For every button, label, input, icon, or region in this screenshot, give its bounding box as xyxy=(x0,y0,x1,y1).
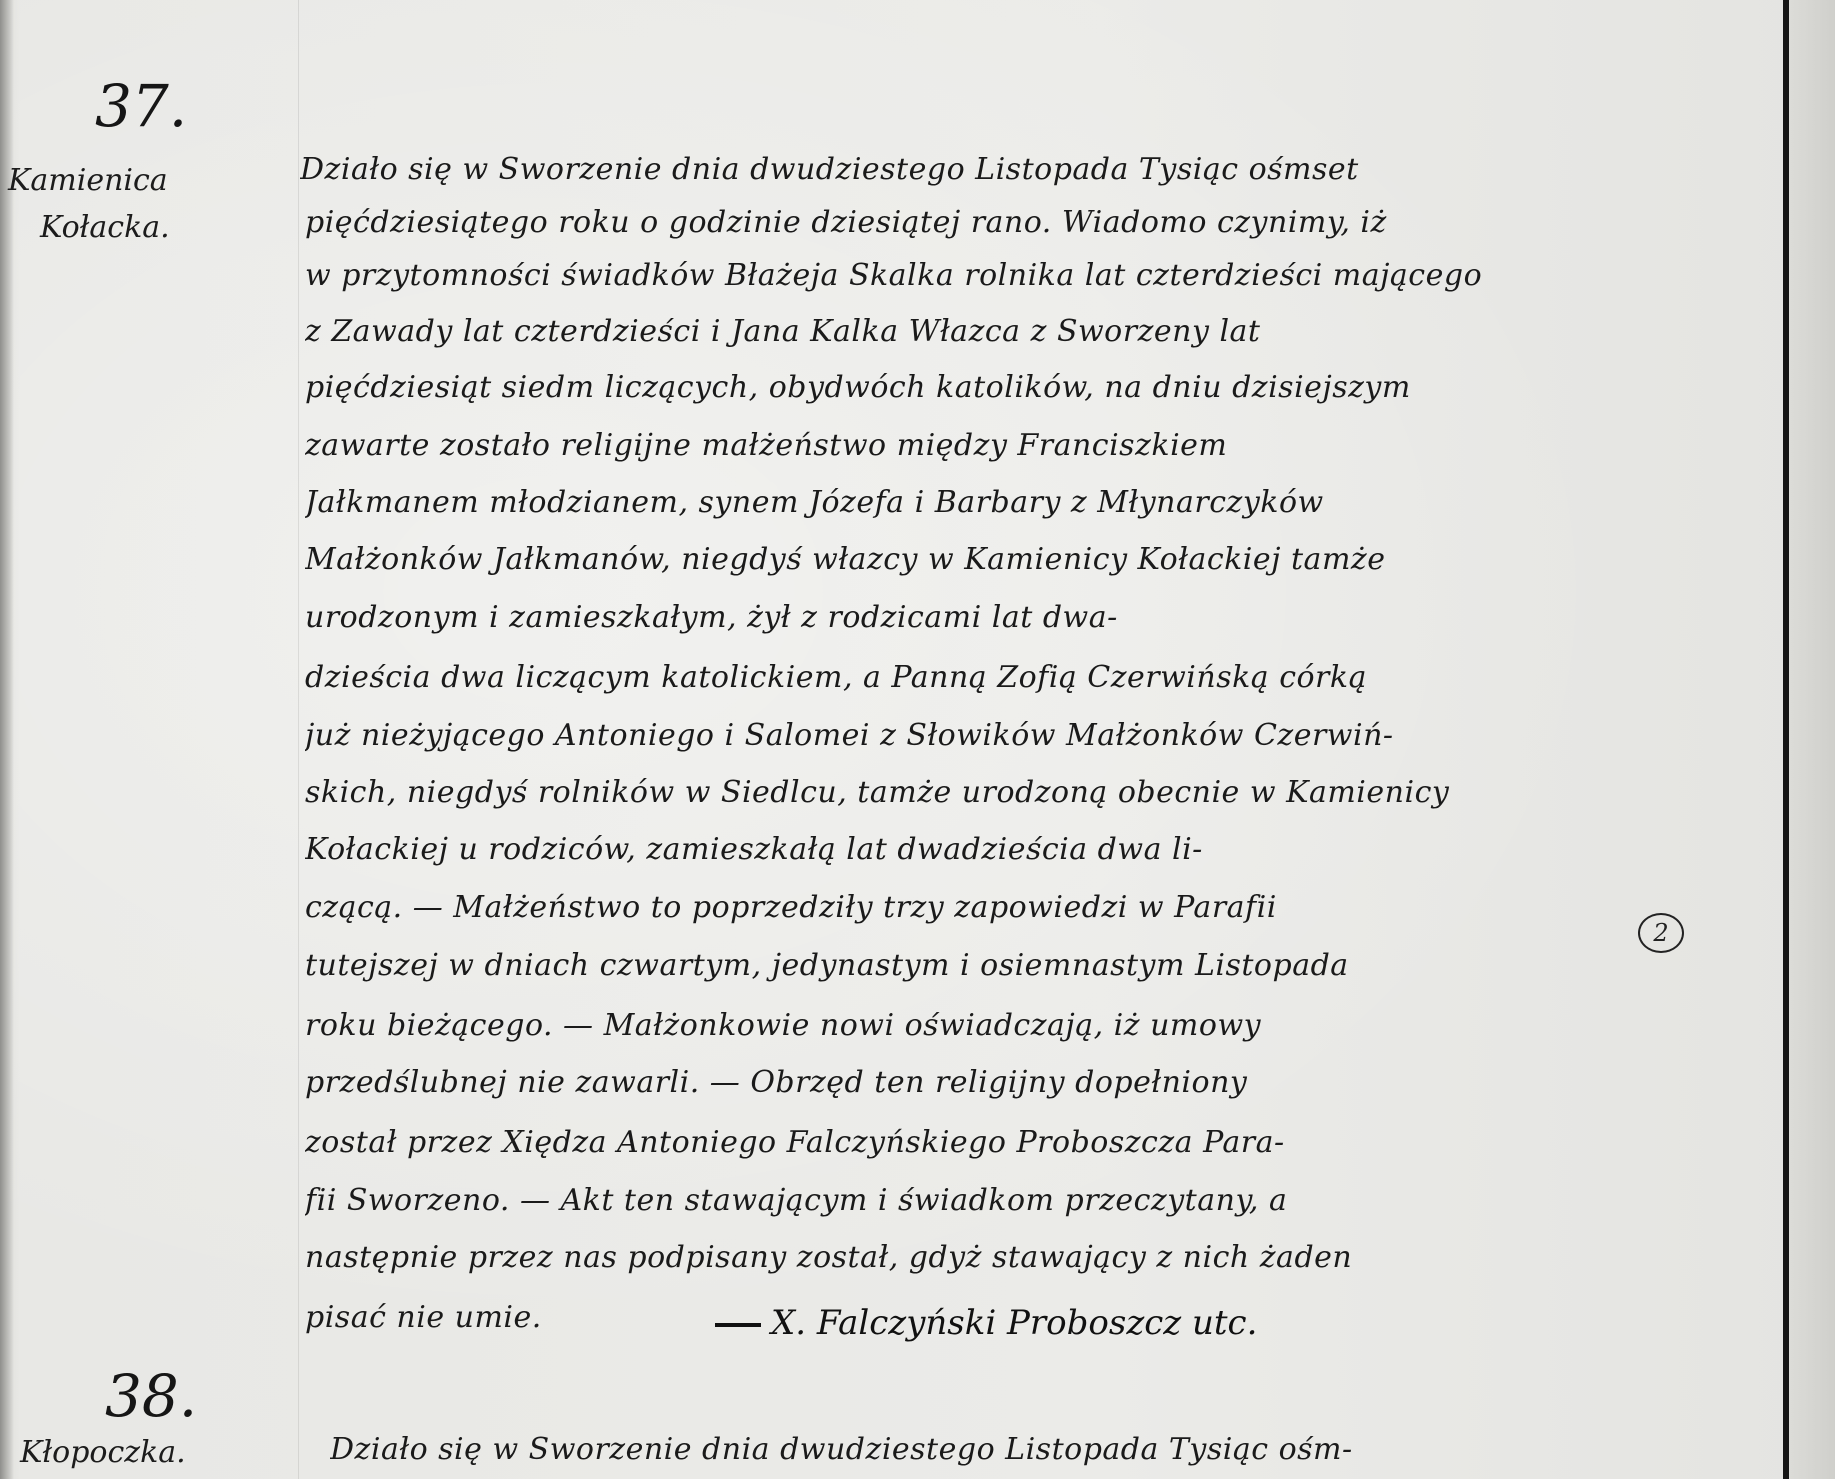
entry-37-line-2: pięćdziesiątego roku o godzinie dziesiąt… xyxy=(305,205,1775,240)
entry-37-line-15: tutejszej w dniach czwartym, jedynastym … xyxy=(305,948,1775,983)
circled-annotation: 2 xyxy=(1638,913,1684,953)
entry-37-line-14: czącą. — Małżeństwo to poprzedziły trzy … xyxy=(305,890,1775,925)
entry-number-38: 38. xyxy=(105,1362,197,1430)
entry-37-line-10: dzieścia dwa liczącym katolickiem, a Pan… xyxy=(305,660,1775,695)
entry-37-line-16: roku bieżącego. — Małżonkowie nowi oświa… xyxy=(305,1008,1775,1043)
margin-village-name: Kamienica xyxy=(8,158,168,204)
entry-37-line-7: Jałkmanem młodzianem, synem Józefa i Bar… xyxy=(305,485,1775,520)
entry-37-line-4: z Zawady lat czterdzieści i Jana Kalka W… xyxy=(305,314,1775,349)
margin-rule xyxy=(298,0,299,1479)
entry-38-line-1: Działo się w Sworzenie dnia dwudziestego… xyxy=(330,1432,1800,1467)
entry-37-line-9: urodzonym i zamieszkałym, żył z rodzicam… xyxy=(305,600,1775,635)
signature-dash xyxy=(715,1323,761,1327)
priest-signature: X. Falczyński Proboszcz utc. xyxy=(705,1303,1257,1343)
signature-text: X. Falczyński Proboszcz utc. xyxy=(771,1303,1257,1343)
entry-37-line-21: pisać nie umie. xyxy=(305,1300,725,1335)
entry-37-line-13: Kołackiej u rodziców, zamieszkałą lat dw… xyxy=(305,832,1775,867)
entry-37-line-5: pięćdziesiąt siedm liczących, obydwóch k… xyxy=(305,370,1775,405)
entry-37-line-8: Małżonków Jałkmanów, niegdyś włazcy w Ka… xyxy=(305,542,1775,577)
margin-surname: Kołacka. xyxy=(40,205,170,251)
entry-37-line-3: w przytomności świadków Błażeja Skalka r… xyxy=(305,258,1775,293)
entry-37-line-12: skich, niegdyś rolników w Siedlcu, tamże… xyxy=(305,775,1775,810)
adjacent-page-strip xyxy=(1789,0,1835,1479)
entry-37-line-11: już nieżyjącego Antoniego i Salomei z Sł… xyxy=(305,718,1775,753)
entry-37-line-18: został przez Xiędza Antoniego Falczyński… xyxy=(305,1125,1775,1160)
margin-surname-38: Kłopoczka. xyxy=(20,1430,186,1476)
register-page: 37. Kamienica Kołacka. Działo się w Swor… xyxy=(0,0,1835,1479)
entry-number-37: 37. xyxy=(95,72,187,140)
entry-37-line-17: przedślubnej nie zawarli. — Obrzęd ten r… xyxy=(305,1065,1775,1100)
entry-37-line-1: Działo się w Sworzenie dnia dwudziestego… xyxy=(300,152,1770,187)
entry-37-line-6: zawarte zostało religijne małżeństwo mię… xyxy=(305,428,1775,463)
entry-37-line-19: fii Sworzeno. — Akt ten stawającym i świ… xyxy=(305,1183,1775,1218)
entry-37-line-20: następnie przez nas podpisany został, gd… xyxy=(305,1240,1775,1275)
page-binding-edge xyxy=(0,0,14,1479)
